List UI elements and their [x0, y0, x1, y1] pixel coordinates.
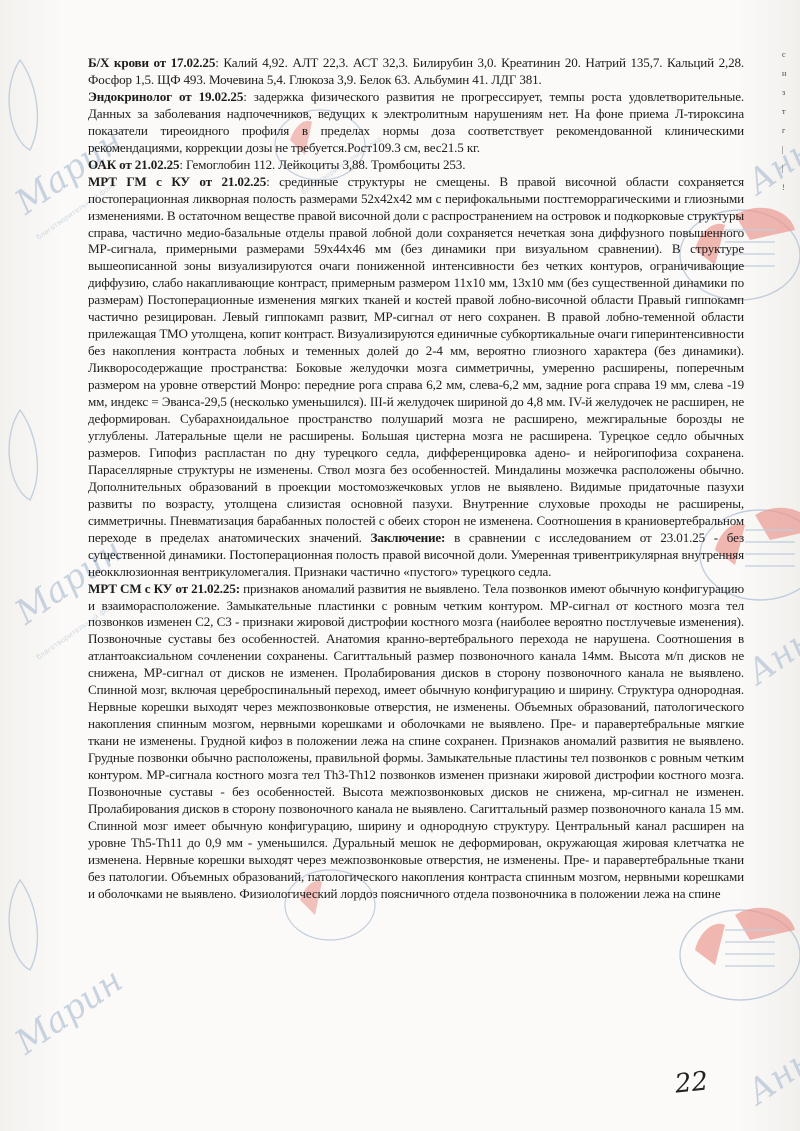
- section-heading: Б/Х крови от 17.02.25: [88, 55, 215, 70]
- section-blood-count: ОАК от 21.02.25: Гемоглобин 112. Лейкоци…: [88, 157, 744, 174]
- document-page: Марин Марин Марин Анн Анн Анн благотвори…: [0, 0, 800, 1131]
- section-endocrinologist: Эндокринолог от 19.02.25: задержка физич…: [88, 89, 744, 157]
- section-text: признаков аномалий развития не выявлено.…: [88, 581, 744, 901]
- section-spine-mri: МРТ СМ с КУ от 21.02.25: признаков анома…: [88, 581, 744, 903]
- section-text: : срединные структуры не смещены. В прав…: [88, 174, 744, 545]
- section-heading: ОАК от 21.02.25: [88, 157, 179, 172]
- section-heading: МРТ ГМ с КУ от 21.02.25: [88, 174, 266, 189]
- section-text: : Гемоглобин 112. Лейкоциты 3,88. Тромбо…: [179, 157, 465, 172]
- section-brain-mri: МРТ ГМ с КУ от 21.02.25: срединные струк…: [88, 174, 744, 581]
- conclusion-label: Заключение:: [371, 530, 446, 545]
- section-heading: Эндокринолог от 19.02.25: [88, 89, 243, 104]
- watermark-text: Анн: [740, 620, 800, 693]
- watermark-text: Марин: [8, 961, 130, 1063]
- watermark-text: Анн: [740, 1040, 800, 1113]
- section-biochemistry: Б/Х крови от 17.02.25: Калий 4,92. АЛТ 2…: [88, 55, 744, 89]
- margin-letters: с н з т г | | !: [782, 45, 792, 197]
- page-number: 22: [674, 1066, 710, 1099]
- section-heading: МРТ СМ с КУ от 21.02.25:: [88, 581, 240, 596]
- document-body: Б/Х крови от 17.02.25: Калий 4,92. АЛТ 2…: [88, 55, 744, 903]
